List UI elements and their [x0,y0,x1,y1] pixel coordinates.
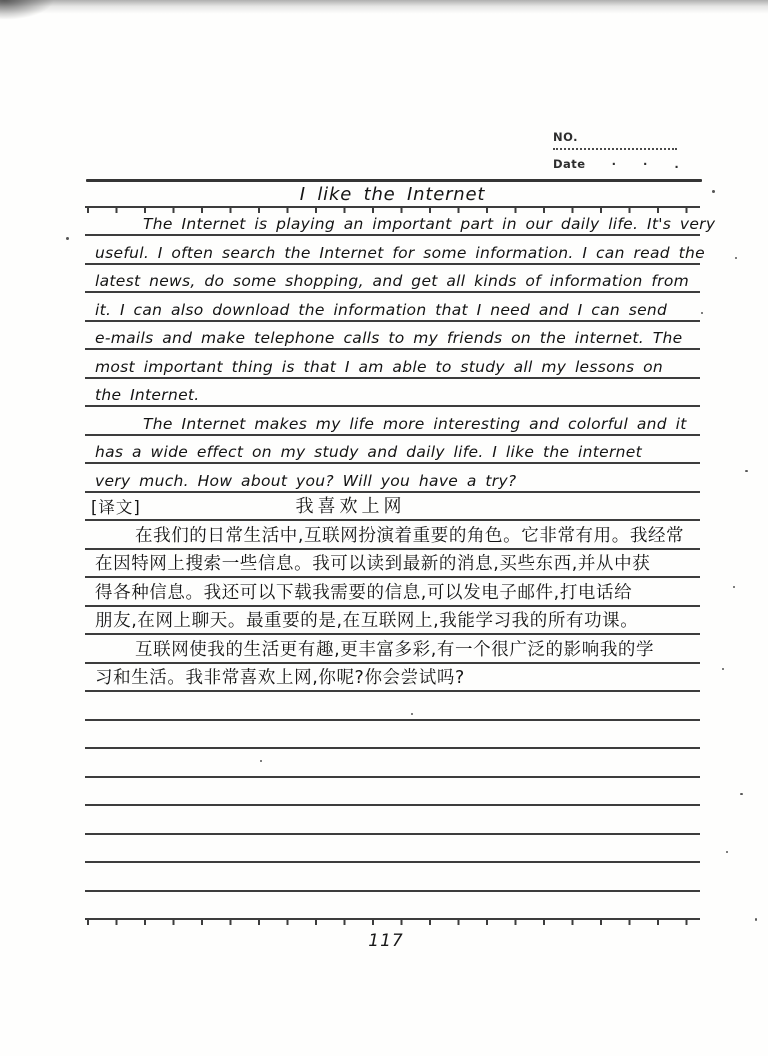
scan-speckle [755,918,757,921]
ruled-line-text: has a wide effect on my study and daily … [85,434,700,464]
ruled-line-empty [85,862,700,892]
ruled-line-text: 得各种信息。我还可以下载我需要的信息,可以发电子邮件,打电话给 [85,577,700,607]
scan-speckle [740,793,743,795]
scan-speckle [701,312,703,314]
ruled-line-text: latest news, do some shopping, and get a… [85,263,700,293]
handwritten-line: e-mails and make telephone calls to my f… [85,329,682,348]
handwritten-line: the Internet. [85,386,200,405]
date-row: Date · · . [553,157,691,171]
scan-corner-artifact [0,0,54,20]
ruled-line-empty [85,833,700,863]
no-label: NO. [553,130,691,144]
handwritten-line: latest news, do some shopping, and get a… [85,272,689,291]
scan-speckle [733,586,735,588]
ruled-line-text: 习和生活。我非常喜欢上网,你呢?你会尝试吗? [85,662,700,692]
scan-speckle [722,668,724,670]
handwritten-line: 朋友,在网上聊天。最重要的是,在互联网上,我能学习我的所有功课。 [85,607,638,633]
handwritten-line: The Internet is playing an important par… [85,215,715,234]
ruled-line-empty [85,748,700,778]
handwritten-line: 互联网使我的生活更有趣,更丰富多彩,有一个很广泛的影响我的学 [85,636,654,662]
scan-speckle [712,190,715,193]
no-dotted-line [553,147,677,150]
ruled-line-text: most important thing is that I am able t… [85,349,700,379]
notebook-page-scan: NO. Date · · . I like the InternetThe In… [0,0,768,1056]
scan-speckle [66,237,69,240]
handwritten-line: 在我们的日常生活中,互联网扮演着重要的角色。它非常有用。我经常 [85,522,684,548]
handwritten-line: useful. I often search the Internet for … [85,244,705,263]
ruled-line-text: it. I can also download the information … [85,292,700,322]
chinese-title: 我喜欢上网 [296,492,406,519]
essay-title: I like the Internet [300,184,486,206]
ruled-line-empty [85,805,700,835]
ruled-line-text: very much. How about you? Will you have … [85,463,700,493]
ruled-line-empty [85,719,700,749]
handwritten-line: 在因特网上搜索一些信息。我可以读到最新的消息,买些东西,并从中获 [85,550,650,576]
handwritten-line: most important thing is that I am able t… [85,358,663,377]
scan-speckle [745,470,748,472]
page-number: 117 [356,931,416,951]
ruled-line-empty [85,776,700,806]
ruled-line-text: The Internet makes my life more interest… [85,406,700,436]
ruled-line-text: 在因特网上搜索一些信息。我可以读到最新的消息,买些东西,并从中获 [85,548,700,578]
scan-speckle [260,760,262,762]
scan-speckle [726,851,728,853]
scan-edge-artifact [0,0,768,16]
ruled-line-text: useful. I often search the Internet for … [85,235,700,265]
ruled-line-text: 互联网使我的生活更有趣,更丰富多彩,有一个很广泛的影响我的学 [85,634,700,664]
ruled-line-text: [译文]我喜欢上网 [85,491,700,521]
ruled-line-empty [85,691,700,721]
date-label: Date [553,157,586,171]
ruled-line-text: I like the Internet [85,178,700,208]
handwritten-line: The Internet makes my life more interest… [85,415,687,434]
ruled-line-text: The Internet is playing an important par… [85,206,700,236]
ruled-line-text: 在我们的日常生活中,互联网扮演着重要的角色。它非常有用。我经常 [85,520,700,550]
handwritten-line: has a wide effect on my study and daily … [85,443,642,462]
scan-speckle [735,257,737,259]
handwritten-line: 得各种信息。我还可以下载我需要的信息,可以发电子邮件,打电话给 [85,579,632,605]
ruled-line-text: the Internet. [85,377,700,407]
scan-speckle [411,713,413,715]
ruled-line-empty [85,890,700,920]
ruled-line-text: 朋友,在网上聊天。最重要的是,在互联网上,我能学习我的所有功课。 [85,605,700,635]
translation-label: [译文] [91,494,141,518]
date-separator-dots: · · . [612,157,680,171]
handwritten-line: 习和生活。我非常喜欢上网,你呢?你会尝试吗? [85,664,465,690]
handwritten-line: very much. How about you? Will you have … [85,472,516,491]
page-header: NO. Date · · . [553,130,691,171]
ruled-line-text: e-mails and make telephone calls to my f… [85,320,700,350]
handwritten-line: it. I can also download the information … [85,301,667,320]
